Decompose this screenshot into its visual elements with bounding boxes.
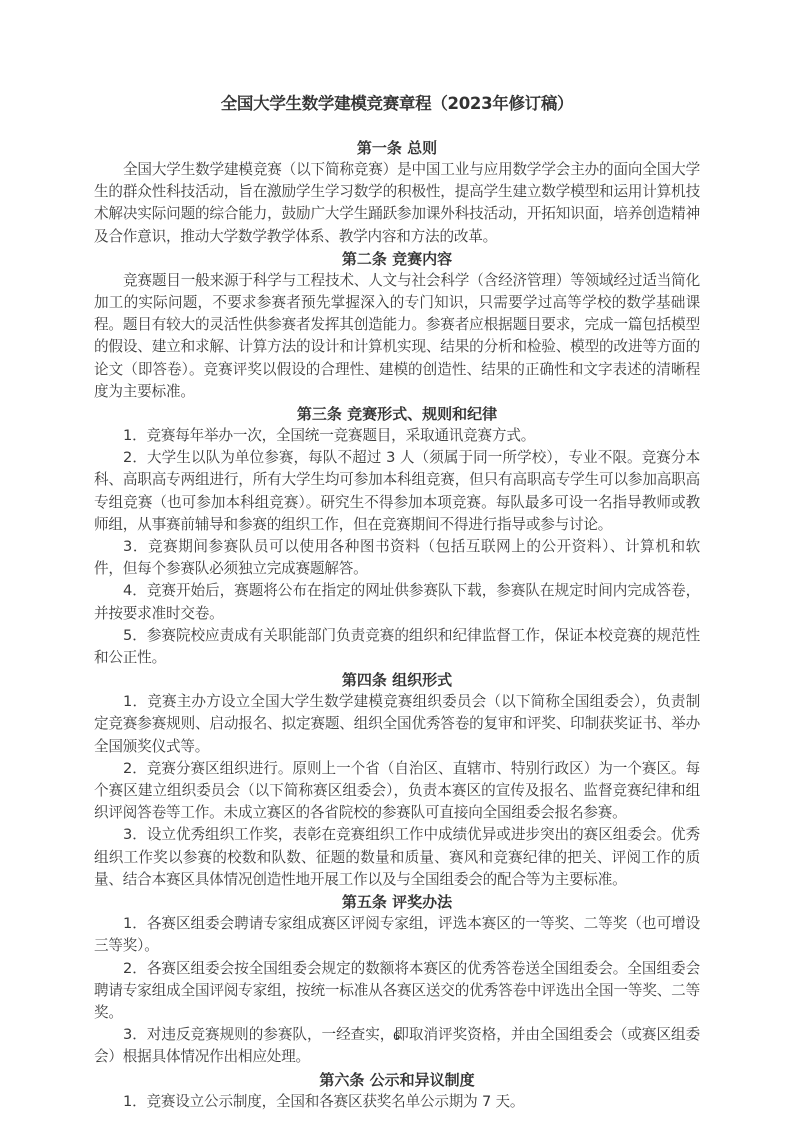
paragraph: 竞赛题目一般来源于科学与工程技术、人文与社会科学（含经济管理）等领域经过适当简化… <box>94 270 700 403</box>
paragraph: 3．竞赛期间参赛队员可以使用各种图书资料（包括互联网上的公开资料）、计算机和软件… <box>94 536 700 580</box>
paragraph: 4．竞赛开始后，赛题将公布在指定的网址供参赛队下载，参赛队在规定时间内完成答卷，… <box>94 580 700 624</box>
document-page: 全国大学生数学建模竞赛章程（2023年修订稿） 第一条 总则 全国大学生数学建模… <box>94 93 700 1113</box>
paragraph: 3．设立优秀组织工作奖，表彰在竞赛组织工作中成绩优异或进步突出的赛区组委会。优秀… <box>94 824 700 891</box>
paragraph: 2．竞赛分赛区组织进行。原则上一个省（自治区、直辖市、特别行政区）为一个赛区。每… <box>94 758 700 825</box>
section-heading: 第三条 竞赛形式、规则和纪律 <box>94 403 700 425</box>
page-number: 6 <box>0 1028 793 1044</box>
paragraph: 2．各赛区组委会按全国组委会规定的数额将本赛区的优秀答卷送全国组委会。全国组委会… <box>94 958 700 1025</box>
section-rules: 第三条 竞赛形式、规则和纪律 1．竞赛每年举办一次，全国统一竞赛题目，采取通讯竞… <box>94 403 700 669</box>
section-publicity: 第六条 公示和异议制度 1．竞赛设立公示制度，全国和各赛区获奖名单公示期为 7 … <box>94 1069 700 1113</box>
paragraph: 1．各赛区组委会聘请专家组成赛区评阅专家组，评选本赛区的一等奖、二等奖（也可增设… <box>94 913 700 957</box>
section-heading: 第二条 竞赛内容 <box>94 248 700 270</box>
paragraph: 全国大学生数学建模竞赛（以下简称竞赛）是中国工业与应用数学学会主办的面向全国大学… <box>94 159 700 248</box>
section-organization: 第四条 组织形式 1．竞赛主办方设立全国大学生数学建模竞赛组织委员会（以下简称全… <box>94 669 700 891</box>
paragraph: 5．参赛院校应责成有关职能部门负责竞赛的组织和纪律监督工作，保证本校竞赛的规范性… <box>94 625 700 669</box>
section-heading: 第五条 评奖办法 <box>94 891 700 913</box>
paragraph: 2．大学生以队为单位参赛，每队不超过 3 人（须属于同一所学校），专业不限。竞赛… <box>94 447 700 536</box>
paragraph: 1．竞赛每年举办一次，全国统一竞赛题目，采取通讯竞赛方式。 <box>94 425 700 447</box>
document-title: 全国大学生数学建模竞赛章程（2023年修订稿） <box>94 93 700 115</box>
paragraph: 1．竞赛设立公示制度，全国和各赛区获奖名单公示期为 7 天。 <box>94 1091 700 1113</box>
section-heading: 第四条 组织形式 <box>94 669 700 691</box>
section-general: 第一条 总则 全国大学生数学建模竞赛（以下简称竞赛）是中国工业与应用数学学会主办… <box>94 137 700 248</box>
section-heading: 第一条 总则 <box>94 137 700 159</box>
paragraph: 1．竞赛主办方设立全国大学生数学建模竞赛组织委员会（以下简称全国组委会），负责制… <box>94 691 700 758</box>
section-heading: 第六条 公示和异议制度 <box>94 1069 700 1091</box>
section-content: 第二条 竞赛内容 竞赛题目一般来源于科学与工程技术、人文与社会科学（含经济管理）… <box>94 248 700 403</box>
